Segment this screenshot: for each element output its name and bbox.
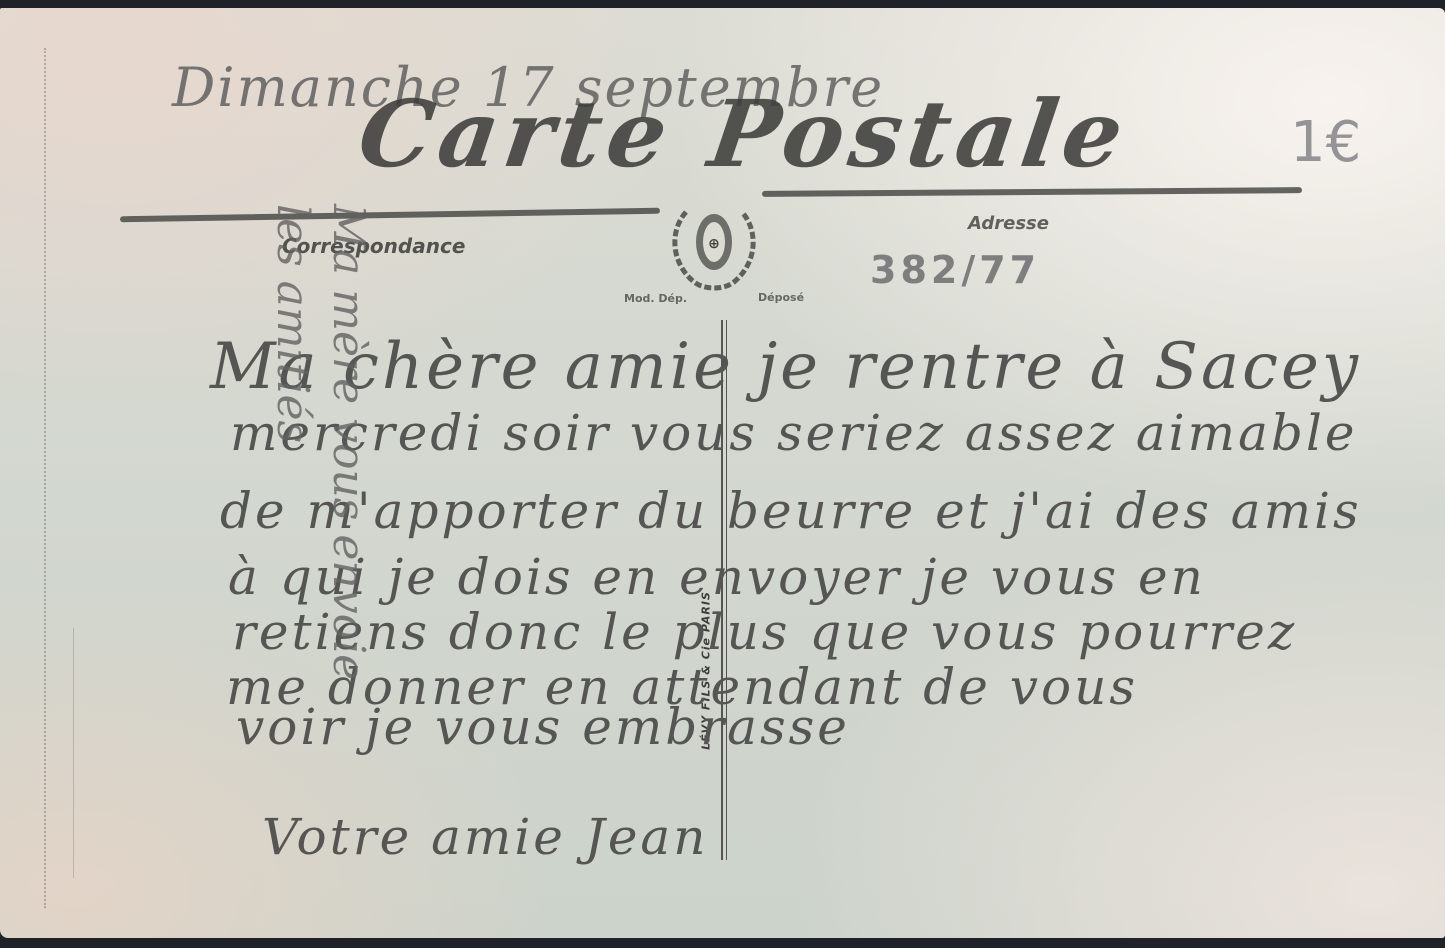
emblem-label-right: Déposé — [758, 291, 804, 304]
header-rule-right — [762, 187, 1302, 197]
printed-title: Carte Postale — [352, 80, 1135, 188]
message-line: de m'apporter du beurre et j'ai des amis — [220, 482, 1362, 540]
perforated-edge — [44, 48, 46, 908]
label-adresse: Adresse — [968, 213, 1049, 234]
postcard-back: Dimanche 17 septembre Carte Postale 1€ C… — [0, 8, 1445, 938]
pencil-price-mark: 1€ — [1290, 110, 1361, 175]
message-line: retiens donc le plus que vous pourrez — [232, 603, 1297, 661]
margin-note-line: Ma mère vous envoie — [320, 204, 376, 764]
faint-rule-line — [73, 628, 74, 878]
svg-text:⊕: ⊕ — [708, 236, 720, 252]
message-line: Ma chère amie je rentre à Sacey — [210, 330, 1361, 404]
publisher-emblem-icon: ⊕ — [664, 200, 764, 300]
pencil-reference-number: 382/77 — [870, 248, 1040, 292]
margin-note: Ma mère vous envoie les amitiés — [264, 204, 376, 764]
message-line: mercredi soir vous seriez assez aimable — [230, 404, 1357, 462]
emblem-label-left: Mod. Dép. — [624, 292, 687, 305]
header-rule-left — [120, 208, 660, 222]
signature-line: Votre amie Jean — [262, 808, 708, 866]
margin-note-line: les amitiés — [264, 204, 320, 764]
